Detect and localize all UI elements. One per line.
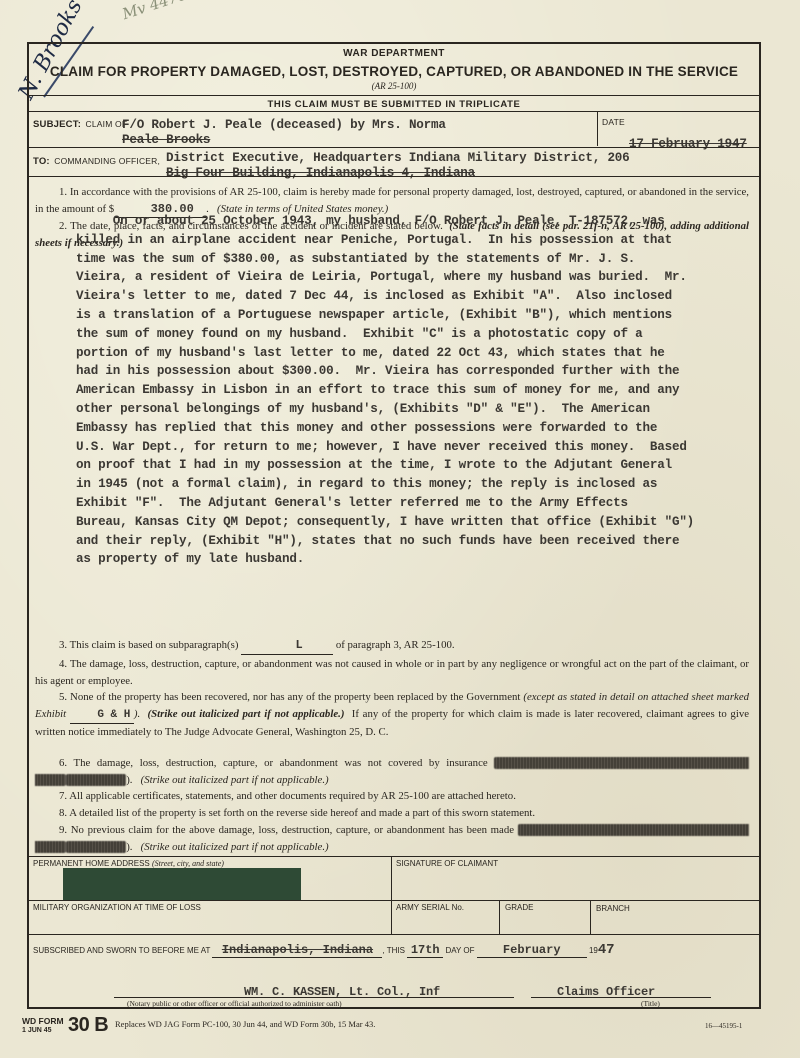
divider	[29, 856, 759, 857]
to-label-group: TO: COMMANDING OFFICER,	[33, 151, 160, 169]
paragraph-5: 5. None of the property has been recover…	[35, 689, 749, 741]
form-number: 30 B	[68, 1014, 108, 1037]
paragraph-4: 4. The damage, loss, destruction, captur…	[35, 656, 749, 689]
statement-line: Exhibit "F". The Adjutant General's lett…	[76, 494, 752, 513]
date-divider	[597, 111, 598, 146]
statement-line: as property of my late husband.	[76, 550, 752, 569]
statement-line: On or about 25 October 1943, my husband,…	[76, 212, 752, 231]
paragraph-5-close: ).	[134, 708, 140, 720]
title-caption: (Title)	[641, 999, 660, 1008]
paragraph-9-note: (Strike out italicized part if not appli…	[141, 841, 329, 853]
home-address-redacted-field[interactable]	[63, 868, 301, 900]
handwritten-number: Mv 4476	[120, 0, 189, 23]
grade-label: GRADE	[505, 903, 533, 912]
divider	[29, 900, 759, 901]
paragraph-9-text: 9. No previous claim for the above damag…	[59, 824, 514, 836]
statement-line: Vieira's letter to me, dated 7 Dec 44, i…	[76, 287, 752, 306]
sworn-day-field[interactable]: 17th	[407, 943, 443, 958]
fields-divider	[590, 900, 591, 934]
divider	[29, 95, 759, 96]
subparagraph-field[interactable]: L	[241, 637, 333, 655]
print-code: 16—45195-1	[705, 1022, 742, 1030]
signature-field[interactable]	[391, 859, 759, 899]
statement-line: and their reply, (Exhibit "H"), states t…	[76, 532, 752, 551]
claim-of-label: CLAIM OF	[86, 119, 128, 129]
date-label: DATE	[602, 117, 625, 127]
to-value-line2[interactable]: Big Four Building, Indianapolis 4, India…	[166, 166, 475, 180]
department-heading: WAR DEPARTMENT	[29, 48, 759, 59]
paragraph-5-note: (Strike out italicized part if not appli…	[148, 708, 345, 720]
form-prefix: WD FORM	[22, 1016, 64, 1026]
subject-value-line2[interactable]: Peale Brooks	[122, 133, 210, 147]
date-value[interactable]: 17 February 1947	[629, 137, 747, 151]
home-address-label: PERMANENT HOME ADDRESS	[33, 859, 150, 868]
claim-form: WAR DEPARTMENT CLAIM FOR PROPERTY DAMAGE…	[27, 42, 761, 1009]
paragraph-3: 3. This claim is based on subparagraph(s…	[35, 637, 749, 655]
officer-signature-line	[114, 997, 514, 998]
statement-line: U.S. War Dept., for return to me; howeve…	[76, 438, 752, 457]
statement-line: Bureau, Kansas City QM Depot; consequent…	[76, 513, 752, 532]
paragraph-6-struck-blank	[66, 774, 126, 786]
military-org-field[interactable]	[29, 914, 391, 932]
subject-label: SUBJECT:	[33, 119, 81, 130]
statement-line: on proof that I had in my possession at …	[76, 456, 752, 475]
statement-line: is a translation of a Portuguese newspap…	[76, 306, 752, 325]
subject-value-line1[interactable]: F/O Robert J. Peale (deceased) by Mrs. N…	[122, 118, 446, 132]
day-of-label: DAY OF	[445, 946, 474, 955]
statement-line: other personal belongings of my husband'…	[76, 400, 752, 419]
paragraph-3-text: 3. This claim is based on subparagraph(s…	[59, 639, 238, 651]
to-label: TO:	[33, 156, 50, 167]
divider	[29, 176, 759, 177]
divider	[29, 147, 759, 148]
branch-label: BRANCH	[596, 904, 630, 913]
paragraph-8: 8. A detailed list of the property is se…	[35, 805, 749, 822]
title-line	[531, 997, 711, 998]
paragraph-9: 9. No previous claim for the above damag…	[35, 822, 749, 855]
commanding-officer-label: COMMANDING OFFICER,	[54, 156, 160, 166]
paragraph-6: 6. The damage, loss, destruction, captur…	[35, 755, 749, 788]
statement-line: in 1945 (not a formal claim), in regard …	[76, 475, 752, 494]
statement-line: the sum of money found on my husband. Ex…	[76, 325, 752, 344]
replaces-note: Replaces WD JAG Form PC-100, 30 Jun 44, …	[115, 1019, 375, 1029]
home-address-label-group: PERMANENT HOME ADDRESS (Street, city, an…	[33, 859, 224, 868]
statement-line: Vieira, a resident of Vieira de Leiria, …	[76, 268, 752, 287]
paragraph-3-text-b: of paragraph 3, AR 25-100.	[336, 639, 455, 651]
form-title: CLAIM FOR PROPERTY DAMAGED, LOST, DESTRO…	[29, 64, 759, 79]
military-org-label: MILITARY ORGANIZATION AT TIME OF LOSS	[33, 903, 201, 912]
fields-divider	[499, 900, 500, 934]
this-label: , THIS	[382, 946, 405, 955]
divider	[29, 934, 759, 935]
sworn-at-label: SUBSCRIBED AND SWORN TO BEFORE ME AT	[33, 946, 210, 955]
sworn-place-field[interactable]: Indianapolis, Indiana	[212, 943, 382, 958]
form-date: 1 JUN 45	[22, 1026, 64, 1036]
statement-line: time was the sum of $380.00, as substant…	[76, 250, 752, 269]
paragraph-5-text-b: If any of the property for which claim i…	[35, 708, 749, 739]
serial-label: ARMY SERIAL No.	[396, 903, 464, 912]
sworn-year-field[interactable]: 47	[598, 942, 614, 958]
statement-line: had in his possession about $300.00. Mr.…	[76, 362, 752, 381]
statement-line: portion of my husband's last letter to m…	[76, 344, 752, 363]
sworn-month-field[interactable]: February	[477, 943, 587, 958]
statement-line: Embassy has replied that this money and …	[76, 419, 752, 438]
regulation-ref: (AR 25-100)	[29, 81, 759, 91]
triplicate-notice: THIS CLAIM MUST BE SUBMITTED IN TRIPLICA…	[29, 99, 759, 110]
oath-line: SUBSCRIBED AND SWORN TO BEFORE ME AT Ind…	[33, 942, 614, 958]
statement-line: American Embassy in Lisbon in an effort …	[76, 381, 752, 400]
to-value-line1[interactable]: District Executive, Headquarters Indiana…	[166, 151, 630, 165]
exhibit-field[interactable]: G & H	[70, 707, 134, 725]
paragraph-6-text: 6. The damage, loss, destruction, captur…	[59, 757, 488, 769]
subject-label-group: SUBJECT: CLAIM OF	[33, 114, 127, 132]
paragraph-9-struck-blank	[66, 841, 126, 853]
form-id-block: WD FORM 1 JUN 45	[22, 1016, 64, 1036]
paragraph-7: 7. All applicable certificates, statemen…	[35, 788, 749, 805]
paragraph-6-note: (Strike out italicized part if not appli…	[141, 774, 329, 786]
year-prefix: 19	[589, 946, 598, 955]
incident-statement[interactable]: On or about 25 October 1943, my husband,…	[76, 212, 752, 569]
paragraph-5-text: 5. None of the property has been recover…	[59, 691, 520, 703]
statement-line: killed in an airplane accident near Peni…	[76, 231, 752, 250]
officer-caption: (Notary public or other officer or offic…	[127, 999, 342, 1008]
divider	[29, 111, 759, 112]
home-address-hint: (Street, city, and state)	[152, 859, 224, 868]
